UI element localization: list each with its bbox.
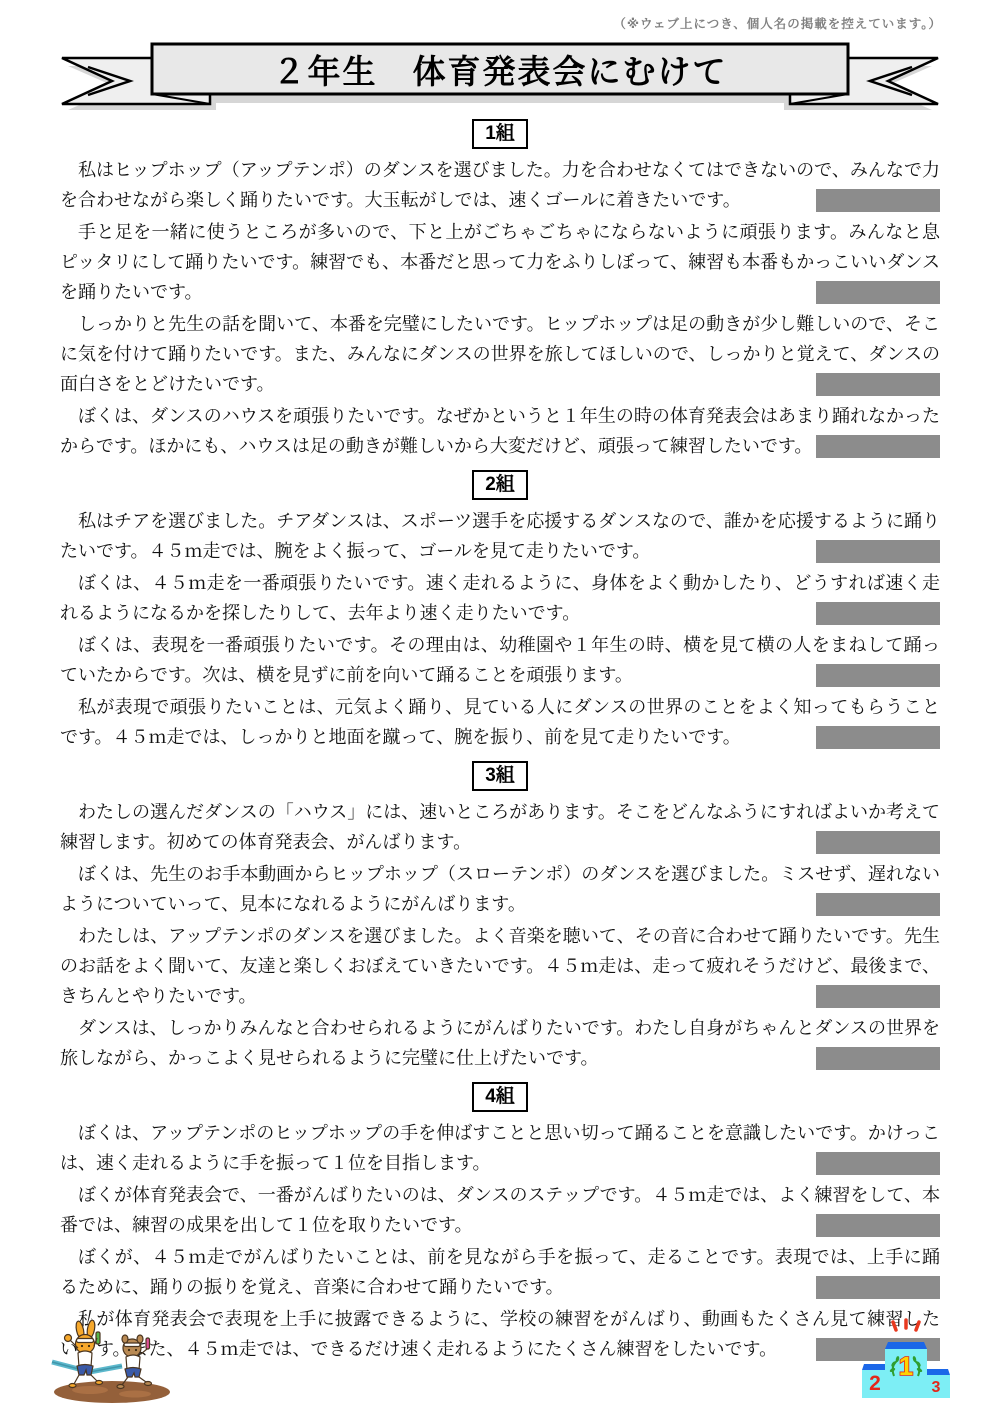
podium-number-1: 1 [899,1351,913,1381]
podium-number-3: 3 [932,1379,941,1396]
title-banner: ２年生 体育発表会にむけて [60,42,940,110]
student-comment: 手と足を一緒に使うところが多いので、下と上がごちゃごちゃにならないように頑張りま… [60,217,940,307]
redacted-name-box [816,831,940,854]
comment-text: 私が表現で頑張りたいことは、元気よく踊り、見ている人にダンスの世界のことをよく知… [60,697,940,747]
redacted-name-box [816,540,940,563]
comment-text: 私が体育発表会で表現を上手に披露できるように、学校の練習をがんばり、動画もたくさ… [60,1309,940,1359]
runners-finish-line-icon [50,1320,175,1414]
student-comment: ぼくは、アップテンポのヒップホップの手を伸ばすことと思い切って踊ることを意識した… [60,1118,940,1178]
student-comment: ぼくが、４５ｍ走でがんばりたいことは、前を見ながら手を振って、走ることです。表現… [60,1242,940,1302]
comment-text: ぼくは、４５ｍ走を一番頑張りたいです。速く走れるように、身体をよく動かしたり、ど… [60,573,940,623]
comment-text: しっかりと先生の話を聞いて、本番を完璧にしたいです。ヒップホップは足の動きが少し… [60,314,940,394]
redacted-name-box [816,893,940,916]
redacted-name-box [816,189,940,212]
comment-text: わたしは、アップテンポのダンスを選びました。よく音楽を聴いて、その音に合わせて踊… [60,926,940,1006]
redacted-name-box [816,435,940,458]
redacted-name-box [816,373,940,396]
class-label-3: 3組 [472,761,528,791]
student-comment: 私が体育発表会で表現を上手に披露できるように、学校の練習をがんばり、動画もたくさ… [60,1304,940,1364]
student-comment: 私はヒップホップ（アップテンポ）のダンスを選びました。力を合わせなくてはできない… [60,155,940,215]
student-comment: 私はチアを選びました。チアダンスは、スポーツ選手を応援するダンスなので、誰かを応… [60,506,940,566]
student-comment: ぼくは、先生のお手本動画からヒップホップ（スローテンポ）のダンスを選びました。ミ… [60,859,940,919]
podium-number-2: 2 [869,1372,881,1395]
class-label-4: 4組 [472,1082,528,1112]
redacted-name-box [816,281,940,304]
student-comment: わたしは、アップテンポのダンスを選びました。よく音楽を聴いて、その音に合わせて踊… [60,921,940,1011]
redacted-name-box [816,1047,940,1070]
student-comment: ダンスは、しっかりみんなと合わせられるようにがんばりたいです。わたし自身がちゃん… [60,1013,940,1073]
comment-text: ぼくが体育発表会で、一番がんばりたいのは、ダンスのステップです。４５ｍ走では、よ… [60,1185,940,1235]
student-comment: ぼくは、ダンスのハウスを頑張りたいです。なぜかというと１年生の時の体育発表会はあ… [60,401,940,461]
student-comment: ぼくは、４５ｍ走を一番頑張りたいです。速く走れるように、身体をよく動かしたり、ど… [60,568,940,628]
comment-text: ダンスは、しっかりみんなと合わせられるようにがんばりたいです。わたし自身がちゃん… [60,1018,940,1068]
winners-podium-icon: 1 2 3 [858,1318,953,1414]
class-label-2: 2組 [472,470,528,500]
student-comment: しっかりと先生の話を聞いて、本番を完璧にしたいです。ヒップホップは足の動きが少し… [60,309,940,399]
comment-text: 手と足を一緒に使うところが多いので、下と上がごちゃごちゃにならないように頑張りま… [60,222,940,302]
student-comment: ぼくは、表現を一番頑張りたいです。その理由は、幼稚園や１年生の時、横を見て横の人… [60,630,940,690]
redacted-name-box [816,1214,940,1237]
comment-text: ぼくが、４５ｍ走でがんばりたいことは、前を見ながら手を振って、走ることです。表現… [60,1247,940,1297]
comment-text: ぼくは、ダンスのハウスを頑張りたいです。なぜかというと１年生の時の体育発表会はあ… [60,406,940,456]
page-title: ２年生 体育発表会にむけて [152,44,848,94]
redacted-name-box [816,726,940,749]
class-label-1: 1組 [472,119,528,149]
privacy-note: （※ウェブ上につき、個人名の掲載を控えています。） [0,0,1000,32]
redacted-name-box [816,1276,940,1299]
comment-text: ぼくは、先生のお手本動画からヒップホップ（スローテンポ）のダンスを選びました。ミ… [60,864,940,914]
redacted-name-box [816,602,940,625]
student-comment: ぼくが体育発表会で、一番がんばりたいのは、ダンスのステップです。４５ｍ走では、よ… [60,1180,940,1240]
student-comment: 私が表現で頑張りたいことは、元気よく踊り、見ている人にダンスの世界のことをよく知… [60,692,940,752]
student-comment: わたしの選んだダンスの「ハウス」には、速いところがあります。そこをどんなふうにす… [60,797,940,857]
redacted-name-box [816,664,940,687]
redacted-name-box [816,985,940,1008]
comment-text: わたしの選んだダンスの「ハウス」には、速いところがあります。そこをどんなふうにす… [60,802,940,852]
comment-text: ぼくは、アップテンポのヒップホップの手を伸ばすことと思い切って踊ることを意識した… [60,1123,940,1173]
comment-text: 私はヒップホップ（アップテンポ）のダンスを選びました。力を合わせなくてはできない… [60,160,940,210]
newsletter-page: （※ウェブ上につき、個人名の掲載を控えています。） ２年生 体育発表会にむけて … [0,0,1000,1414]
redacted-name-box [816,1152,940,1175]
comment-text: ぼくは、表現を一番頑張りたいです。その理由は、幼稚園や１年生の時、横を見て横の人… [60,635,940,685]
comment-text: 私はチアを選びました。チアダンスは、スポーツ選手を応援するダンスなので、誰かを応… [60,511,940,561]
